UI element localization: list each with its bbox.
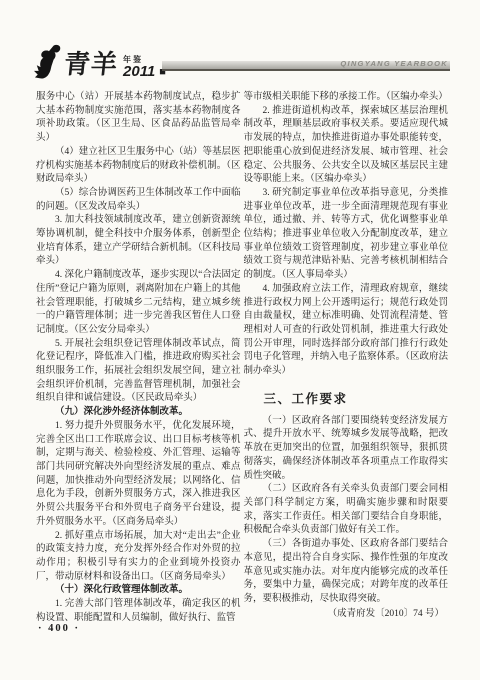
- paragraph: 5. 开展社会组织登记管理体制改革试点，简化登记程序，降低准入门槛，推进政府购买…: [36, 338, 241, 407]
- header-rule-bar: QINGYANG YEARBOOK: [162, 61, 450, 71]
- document-reference: （成青府发〔2010〕74 号）: [244, 608, 449, 622]
- paragraph: （二）区政府各有关牵头负责部门要会同相关部门科学制定方案，明确实施步骤和时限要求…: [244, 483, 449, 538]
- goat-logo-icon: [34, 43, 62, 80]
- header-english-title: QINGYANG YEARBOOK: [340, 59, 448, 68]
- yearbook-page: 青羊 年鉴 2011 ■ QINGYANG YEARBOOK 服务中心（站）开展…: [0, 0, 480, 680]
- section-heading: 三、工作要求: [244, 392, 449, 406]
- paragraph: 4. 加强政府立法工作，清理政府规章，继续推进行政权力网上公开透明运行；规范行政…: [244, 283, 449, 379]
- page-header-logo: 青羊 年鉴 2011 ■: [34, 40, 166, 80]
- left-column: 服务中心（站）开展基本药物制度试点，稳步扩大基本药物制度实施范围，落实基本药物制…: [36, 91, 241, 625]
- brand-name: 青羊: [62, 50, 119, 80]
- paragraph: 2. 抓好重点市场拓展，加大对“走出去”企业的政策支持力度，充分发挥外经合作对外…: [36, 530, 241, 585]
- text-columns: 服务中心（站）开展基本药物制度试点，稳步扩大基本药物制度实施范围，落实基本药物制…: [36, 91, 448, 625]
- paragraph: 1. 努力提升外贸服务水平，优化发展环境，完善全区出口工作联席会议、出口目标考核…: [36, 420, 241, 530]
- brand-stack: 年鉴 2011: [123, 55, 155, 80]
- paragraph: 2. 推进街道机构改革，探索城区基层治理机制改革，理顺基层政府事权关系。要适应现…: [244, 105, 449, 187]
- sub-heading: （九）深化涉外经济体制改革。: [36, 406, 241, 420]
- paragraph: 等市级相关职能下移的承接工作。（区编办牵头）: [244, 91, 449, 105]
- paragraph: （5）综合协调医药卫生体制改革工作中面临的问题。（区发改局牵头）: [36, 187, 241, 214]
- paragraph: 4. 深化户籍制度改革，逐步实现以“合法固定住所”登记户籍为原则，剥离附加在户籍…: [36, 269, 241, 338]
- sub-heading: （十）深化行政管理体制改革。: [36, 584, 241, 598]
- brand-year: 2011: [123, 64, 155, 79]
- paragraph: （4）建立社区卫生服务中心（站）等基层医疗机构实施基本药物制度后的财政补偿机制。…: [36, 146, 241, 187]
- paragraph: 1. 完善大部门管理体制改革，确定我区的机构设置、职能配置和人员编制，做好执行、…: [36, 598, 241, 625]
- paragraph: 3. 研究制定事业单位改革指导意见，分类推进事业单位改革，进一步全面清理规范现有…: [244, 187, 449, 283]
- page-number: · 400 ·: [38, 623, 80, 634]
- right-column: 等市级相关职能下移的承接工作。（区编办牵头）2. 推进街道机构改革，探索城区基层…: [244, 91, 449, 625]
- paragraph: 服务中心（站）开展基本药物制度试点，稳步扩大基本药物制度实施范围，落实基本药物制…: [36, 91, 241, 146]
- paragraph: （一）区政府各部门要围绕转变经济发展方式、提升开放水平、统筹城乡发展等战略，把改…: [244, 415, 449, 484]
- paragraph: （三）各街道办事处、区政府各部门要结合本意见，提出符合自身实际、操作性强的年度改…: [244, 538, 449, 607]
- paragraph: 3. 加大科技领域制度改革，建立创新资源统筹协调机制，健全科技中介服务体系，创新…: [36, 214, 241, 269]
